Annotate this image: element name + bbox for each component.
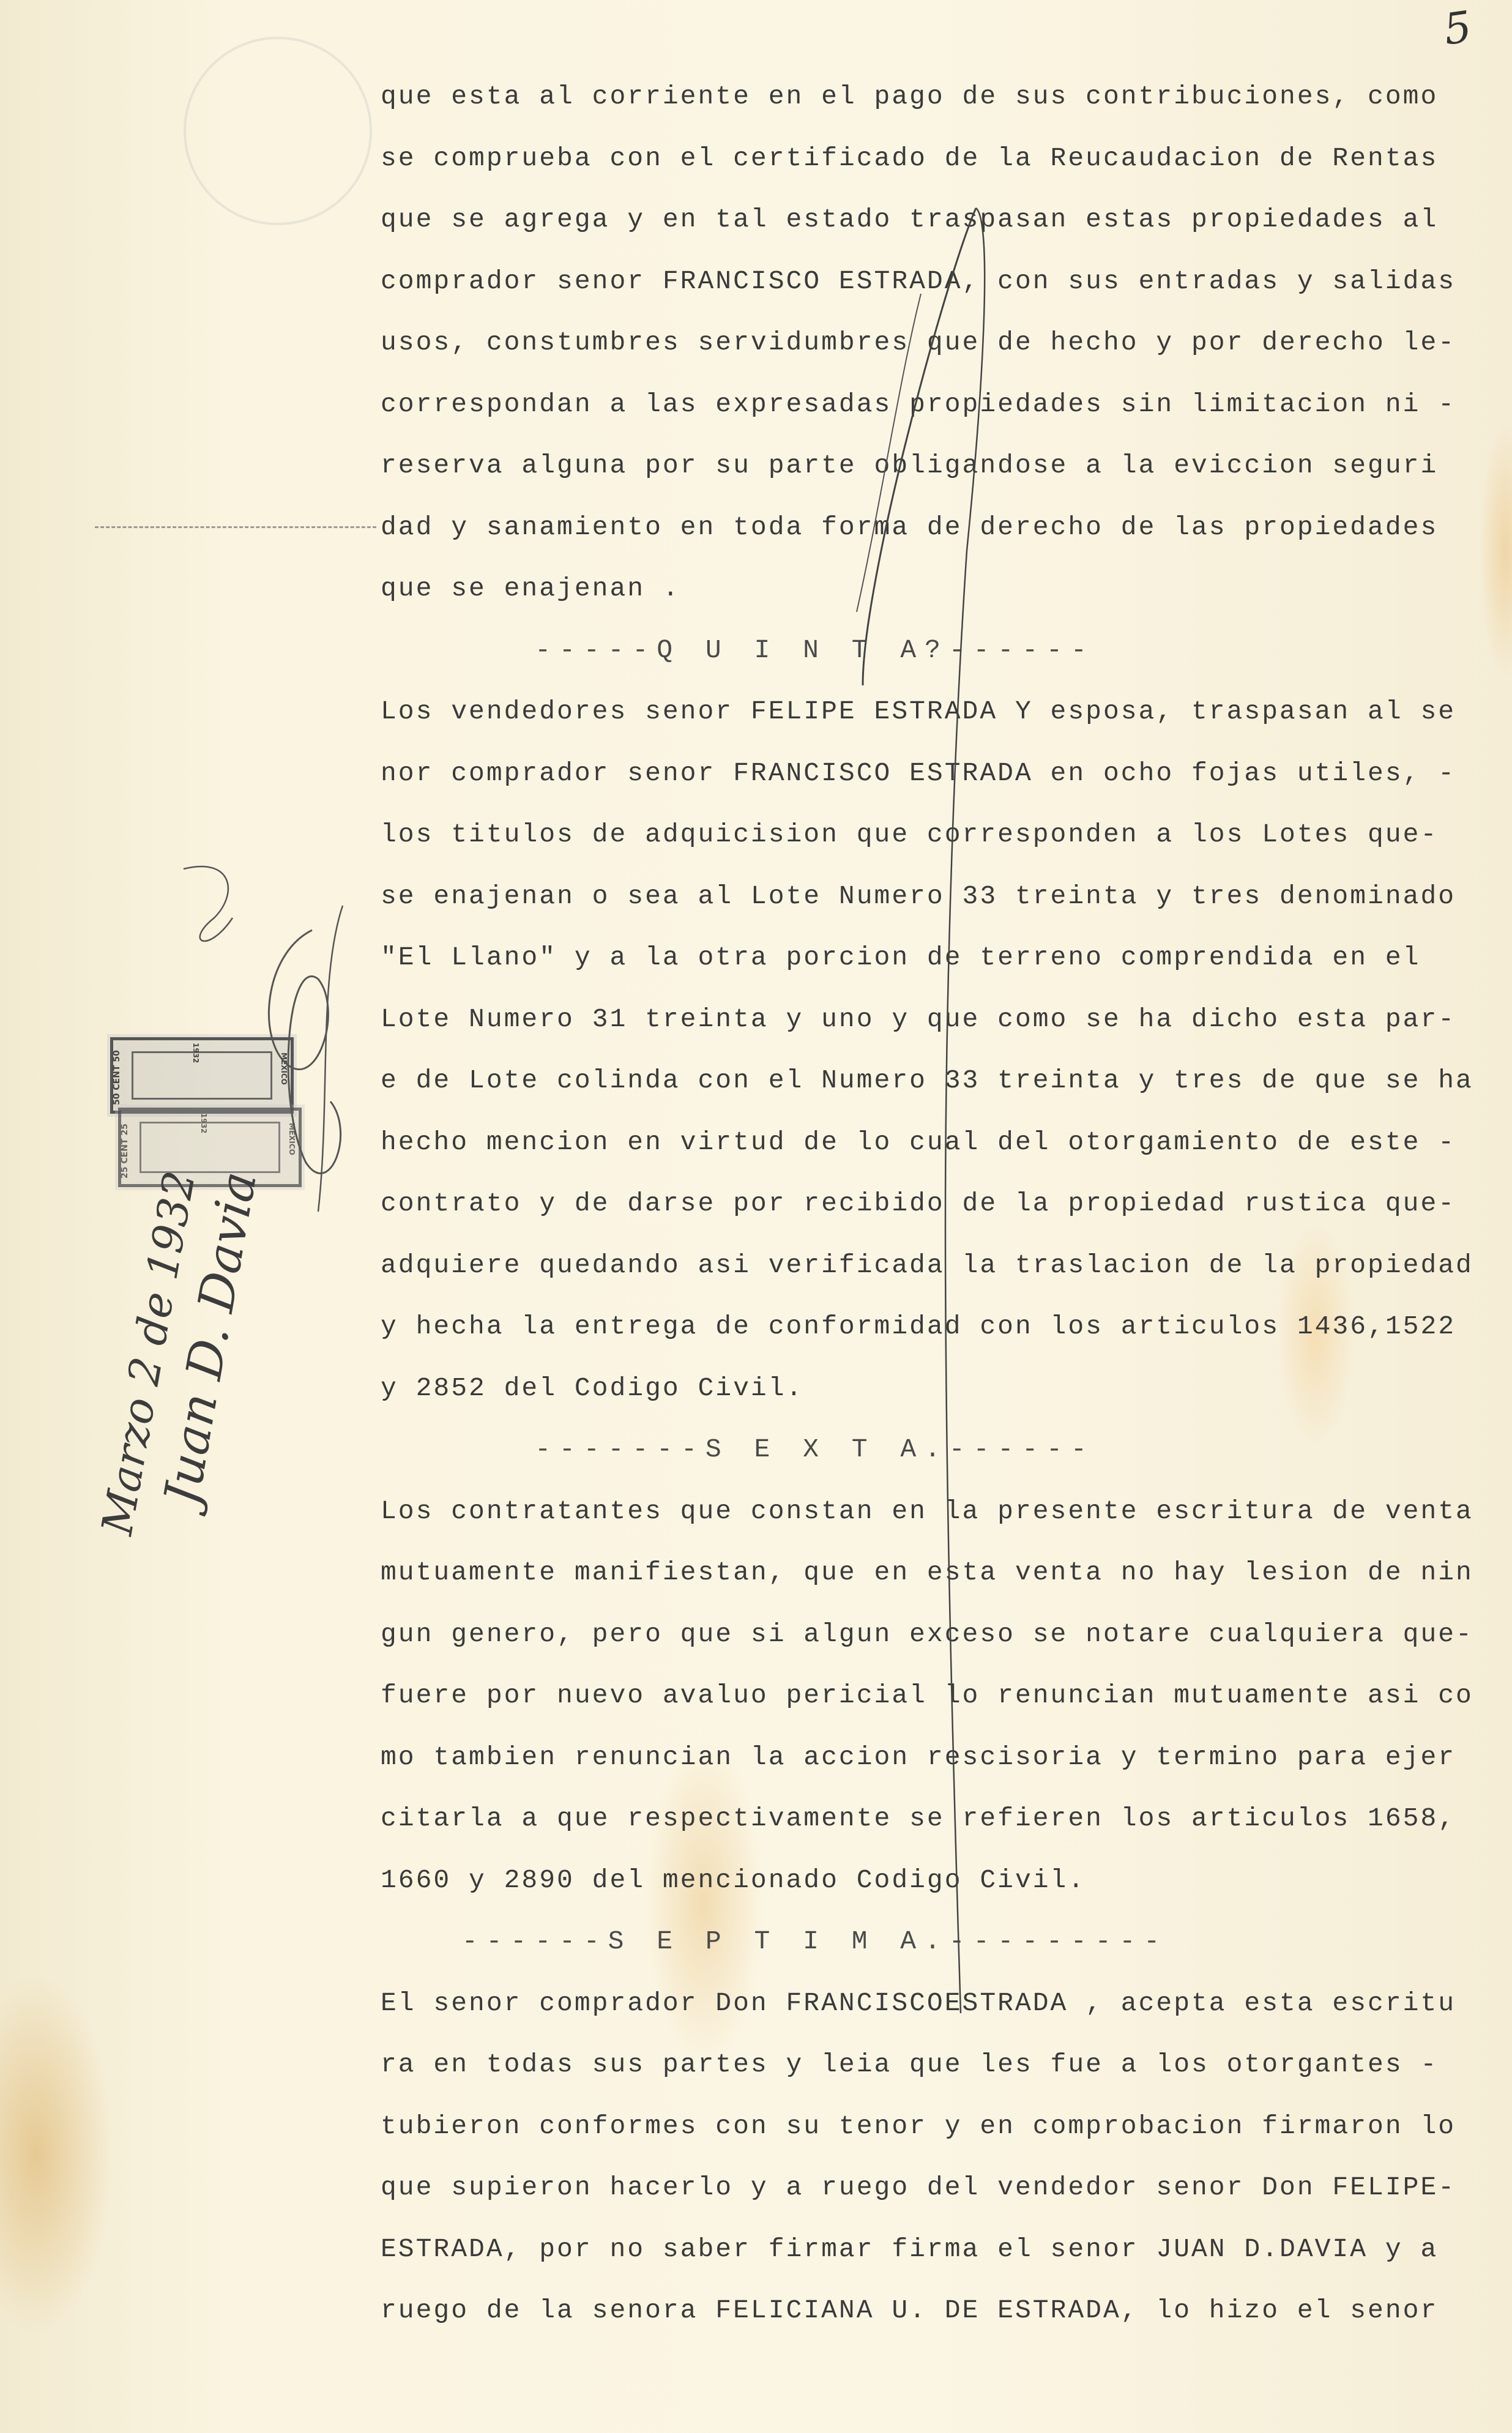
text-line: y hecha la entrega de conformidad con lo… [381,1296,1506,1358]
text-line: comprador senor FRANCISCO ESTRADA, con s… [381,251,1506,313]
text-line: reserva alguna por su parte obligandose … [381,435,1506,497]
text-line: ESTRADA, por no saber firmar firma el se… [381,2219,1506,2281]
clause-sexta: Los contratantes que constan en la prese… [381,1481,1506,1912]
text-line: usos, constumbres servidumbres que de he… [381,312,1506,374]
text-line: hecho mencion en virtud de lo cual del o… [381,1112,1506,1174]
text-line: y 2852 del Codigo Civil. [381,1358,1506,1420]
text-line: que supieron hacerlo y a ruego del vende… [381,2157,1506,2219]
text-line: ruego de la senora FELICIANA U. DE ESTRA… [381,2280,1506,2342]
text-line: Los contratantes que constan en la prese… [381,1481,1506,1543]
text-line: e de Lote colinda con el Numero 33 trein… [381,1050,1506,1112]
text-line: que esta al corriente en el pago de sus … [381,66,1506,128]
text-line: tubieron conformes con su tenor y en com… [381,2096,1506,2158]
stamp-country: MEXICO [280,1053,288,1085]
heading-sexta: -------S E X T A.------ [381,1419,1506,1481]
text-line: se comprueba con el certificado de la Re… [381,128,1506,190]
text-line: mutuamente manifiestan, que en esta vent… [381,1542,1506,1604]
stamp-value: 25 CENT 25 [120,1114,130,1179]
faded-seal [184,37,372,225]
text-line: dad y sanamiento en toda forma de derech… [381,497,1506,559]
text-line: 1660 y 2890 del mencionado Codigo Civil. [381,1850,1506,1912]
text-line: nor comprador senor FRANCISCO ESTRADA en… [381,743,1506,805]
text-line: correspondan a las expresadas propiedade… [381,374,1506,436]
text-line: mo tambien renuncian la accion rescisori… [381,1727,1506,1789]
text-line: Los vendedores senor FELIPE ESTRADA Y es… [381,681,1506,743]
text-line: que se enajenan . [381,558,1506,620]
heading-septima: ------S E P T I M A.--------- [381,1911,1506,1973]
text-line: citarla a que respectivamente se refiere… [381,1788,1506,1850]
text-line: El senor comprador Don FRANCISCOESTRADA … [381,1973,1506,2035]
heading-quinta: -----Q U I N T A?------ [381,620,1506,682]
text-line: adquiere quedando asi verificada la tras… [381,1235,1506,1297]
text-line: contrato y de darse por recibido de la p… [381,1173,1506,1235]
text-line: gun genero, pero que si algun exceso se … [381,1604,1506,1666]
margin-dashed-rule [95,526,376,528]
text-line: que se agrega y en tal estado traspasan … [381,189,1506,251]
text-line: los titulos de adquicision que correspon… [381,804,1506,866]
text-line: fuere por nuevo avaluo pericial lo renun… [381,1665,1506,1727]
text-line: ra en todas sus partes y leia que les fu… [381,2034,1506,2096]
stamp-year: 1932 [192,1043,200,1063]
stamp-value: 50 CENT 50 [112,1044,122,1105]
document-body: que esta al corriente en el pago de sus … [381,66,1506,2342]
clause-quinta: Los vendedores senor FELIPE ESTRADA Y es… [381,681,1506,1419]
text-line: se enajenan o sea al Lote Numero 33 trei… [381,866,1506,928]
clause-continuation: que esta al corriente en el pago de sus … [381,66,1506,620]
text-line: "El Llano" y a la otra porcion de terren… [381,927,1506,989]
text-line: Lote Numero 31 treinta y uno y que como … [381,989,1506,1051]
revenue-stamp-50c: 50 CENT 50 1932 MEXICO [110,1037,294,1114]
clause-septima: El senor comprador Don FRANCISCOESTRADA … [381,1973,1506,2342]
stamp-year: 1932 [199,1113,208,1133]
stamp-country: MEXICO [288,1123,296,1155]
